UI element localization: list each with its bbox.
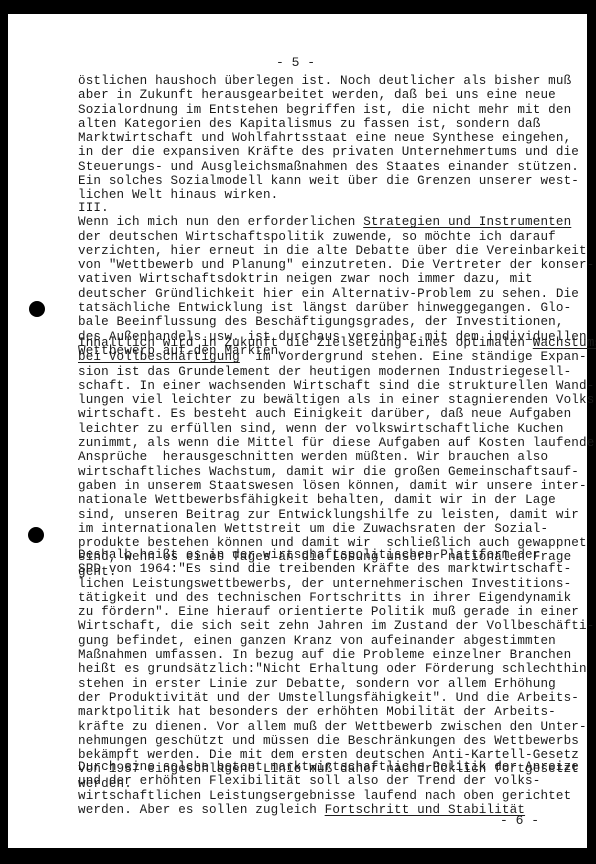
text-line: und der erhöhten Flexibilität soll also … bbox=[78, 774, 579, 788]
text-line: SPD von 1964:"Es sind die treibenden Krä… bbox=[78, 562, 594, 576]
text-line: der Produktivität und der Umstellungsfäh… bbox=[78, 691, 594, 705]
text-line: in der die expansiven Kräfte des private… bbox=[78, 145, 579, 159]
text-line: wirtschaft. Es besteht auch Einigkeit da… bbox=[78, 407, 596, 421]
text-line: Inhaltlich wird in Zukunft die Zielsetzu… bbox=[78, 336, 596, 350]
paragraph-3: Inhaltlich wird in Zukunft die Zielsetzu… bbox=[78, 336, 596, 579]
text-line: aber in Zukunft herausgearbeitet werden,… bbox=[78, 88, 579, 102]
punch-hole bbox=[28, 527, 44, 543]
paragraph-4: Deshalb heißt es in der wirtschaftspolit… bbox=[78, 548, 594, 791]
paragraph-1: östlichen haushoch überlegen ist. Noch d… bbox=[78, 74, 579, 203]
text-run: werden. Aber es sollen zugleich bbox=[78, 803, 325, 817]
text-line: gaben in unserem Staatswesen lösen könne… bbox=[78, 479, 596, 493]
text-line: Sozialordnung im Entstehen begriffen ist… bbox=[78, 103, 579, 117]
text-line: Wenn ich mich nun den erforderlichen Str… bbox=[78, 215, 594, 229]
text-line: tatsächliche Entwicklung ist längst darü… bbox=[78, 301, 594, 315]
text-line: östlichen haushoch überlegen ist. Noch d… bbox=[78, 74, 579, 88]
text-line: Durch eine solche betont marktwirtschaft… bbox=[78, 760, 579, 774]
text-line: Maßnahmen umfassen. In bezug auf die Pro… bbox=[78, 648, 594, 662]
underlined-phrase: Wachstums bbox=[533, 336, 596, 350]
text-line: heißt es grundsätzlich:"Nicht Erhaltung … bbox=[78, 662, 594, 676]
text-line: Wirtschaft, die sich seit zehn Jahren im… bbox=[78, 619, 594, 633]
text-line: bei Vollbeschäftigung im Vordergrund ste… bbox=[78, 350, 596, 364]
text-line: deutscher Gründlichkeit hier ein Alterna… bbox=[78, 287, 594, 301]
text-line: gung befindet, einen ganzen Kranz von au… bbox=[78, 634, 594, 648]
text-line: vativen Wirtschaftsdoktrin neigen zwar n… bbox=[78, 272, 594, 286]
text-line: verzichten, hier erneut in die alte Deba… bbox=[78, 244, 594, 258]
page-number-bottom: - 6 - bbox=[500, 813, 539, 828]
text-line: wirtschaftlichen Leistungsergebnisse lau… bbox=[78, 789, 579, 803]
text-line: kräfte zu dienen. Vor allem muß der Wett… bbox=[78, 720, 594, 734]
underlined-phrase: bei Vollbeschäftigung bbox=[78, 350, 240, 364]
text-line: wirtschaftliches Wachstum, damit wir die… bbox=[78, 465, 596, 479]
text-line: Ansprüche herausgeschnitten werden müßte… bbox=[78, 450, 596, 464]
text-run: im Vordergrund stehen. Eine ständige Exp… bbox=[240, 350, 587, 364]
underlined-phrase: Fortschritt und Stabilität bbox=[325, 803, 525, 817]
text-run: Wenn ich mich nun den erforderlichen bbox=[78, 215, 363, 229]
text-line: lungen viel leichter zu bewältigen als i… bbox=[78, 393, 596, 407]
text-line: leichter zu erfüllen sind, wenn der volk… bbox=[78, 422, 596, 436]
text-line: sind, unseren Beitrag zur Entwicklungshi… bbox=[78, 508, 596, 522]
text-line: zunimmt, als wenn die Mittel für diese A… bbox=[78, 436, 596, 450]
text-line: alten Kategorien des Kapitalismus zu fas… bbox=[78, 117, 579, 131]
underlined-phrase: Strategien und Instrumenten bbox=[363, 215, 571, 229]
text-line: von "Wettbewerb und Planung" einzutreten… bbox=[78, 258, 594, 272]
text-line: im internationalen Wettstreit um die Zuw… bbox=[78, 522, 596, 536]
text-line: sion ist das Grundelement der heutigen m… bbox=[78, 365, 596, 379]
text-line: tätigkeit und des technischen Fortschrit… bbox=[78, 591, 594, 605]
text-line: schaft. In einer wachsenden Wirtschaft s… bbox=[78, 379, 596, 393]
section-iii: III. Wenn ich mich nun den erforderliche… bbox=[78, 201, 594, 358]
section-heading: III. bbox=[78, 201, 594, 215]
punch-hole bbox=[29, 301, 45, 317]
text-line: lichen Leistungswettbewerbs, der unterne… bbox=[78, 577, 594, 591]
text-line: Deshalb heißt es in der wirtschaftspolit… bbox=[78, 548, 594, 562]
text-run: Inhaltlich wird in Zukunft die Zielsetzu… bbox=[78, 336, 533, 350]
text-line: Ein solches Sozialmodell kann weit über … bbox=[78, 174, 579, 188]
text-line: bale Beeinflussung des Beschäftigungsgra… bbox=[78, 315, 594, 329]
text-line: Marktwirtschaft und Wohlfahrtsstaat eine… bbox=[78, 131, 579, 145]
text-line: Steuerungs- und Ausgleichsmaßnahmen des … bbox=[78, 160, 579, 174]
text-line: stehen in erster Linie zur Debatte, sond… bbox=[78, 677, 594, 691]
text-line: nationale Wettbewerbsfähigkeit behalten,… bbox=[78, 493, 596, 507]
text-line: der deutschen Wirtschaftspolitik zuwende… bbox=[78, 230, 594, 244]
paragraph-5: Durch eine solche betont marktwirtschaft… bbox=[78, 760, 579, 817]
text-line: marktpolitik hat besonders der erhöhten … bbox=[78, 705, 594, 719]
text-line: nehmungen geschützt und müssen die Besch… bbox=[78, 734, 594, 748]
page-number-top: - 5 - bbox=[276, 55, 315, 70]
text-line: zu fördern". Eine hierauf orientierte Po… bbox=[78, 605, 594, 619]
